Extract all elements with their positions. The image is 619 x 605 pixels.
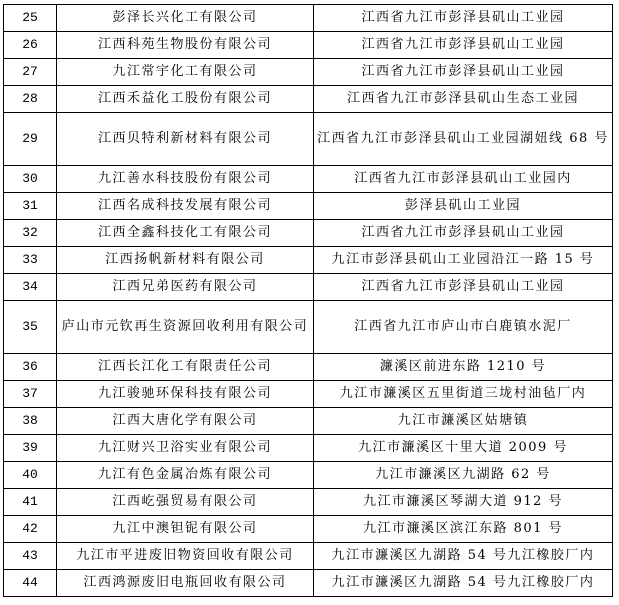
row-number: 35: [4, 301, 57, 354]
table-row: 28江西禾益化工股份有限公司江西省九江市彭泽县矶山生态工业园: [4, 86, 613, 113]
table-row: 42九江中澳钽铌有限公司九江市濂溪区滨江东路 801 号: [4, 516, 613, 543]
table-row: 43九江市平进废旧物资回收有限公司九江市濂溪区九湖路 54 号九江橡胶厂内: [4, 543, 613, 570]
company-name: 九江中澳钽铌有限公司: [57, 516, 314, 543]
row-number: 26: [4, 32, 57, 59]
company-address: 九江市濂溪区琴湖大道 912 号: [314, 489, 613, 516]
table-row: 40九江有色金属冶炼有限公司九江市濂溪区九湖路 62 号: [4, 462, 613, 489]
row-number: 30: [4, 166, 57, 193]
company-name: 九江常宇化工有限公司: [57, 59, 314, 86]
company-address: 江西省九江市彭泽县矶山工业园湖妞线 68 号: [314, 113, 613, 166]
row-number: 38: [4, 408, 57, 435]
company-name: 江西鸿源废旧电瓶回收有限公司: [57, 570, 314, 597]
company-name: 江西全鑫科技化工有限公司: [57, 220, 314, 247]
company-address: 江西省九江市彭泽县矶山生态工业园: [314, 86, 613, 113]
row-number: 36: [4, 354, 57, 381]
company-name: 庐山市元钦再生资源回收利用有限公司: [57, 301, 314, 354]
table-row: 35庐山市元钦再生资源回收利用有限公司江西省九江市庐山市白鹿镇水泥厂: [4, 301, 613, 354]
table-row: 39九江财兴卫浴实业有限公司九江市濂溪区十里大道 2009 号: [4, 435, 613, 462]
row-number: 44: [4, 570, 57, 597]
company-name: 江西兄弟医药有限公司: [57, 274, 314, 301]
company-name: 九江财兴卫浴实业有限公司: [57, 435, 314, 462]
row-number: 28: [4, 86, 57, 113]
table-row: 31江西名成科技发展有限公司彭泽县矶山工业园: [4, 193, 613, 220]
table-row: 25彭泽长兴化工有限公司江西省九江市彭泽县矶山工业园: [4, 5, 613, 32]
company-name: 江西扬帆新材料有限公司: [57, 247, 314, 274]
company-address: 九江市濂溪区姑塘镇: [314, 408, 613, 435]
company-address: 江西省九江市彭泽县矶山工业园: [314, 5, 613, 32]
row-number: 31: [4, 193, 57, 220]
company-address: 九江市濂溪区十里大道 2009 号: [314, 435, 613, 462]
company-name: 江西禾益化工股份有限公司: [57, 86, 314, 113]
table-row: 44江西鸿源废旧电瓶回收有限公司九江市濂溪区九湖路 54 号九江橡胶厂内: [4, 570, 613, 597]
company-address: 江西省九江市庐山市白鹿镇水泥厂: [314, 301, 613, 354]
company-table: 25彭泽长兴化工有限公司江西省九江市彭泽县矶山工业园 26江西科苑生物股份有限公…: [3, 4, 613, 597]
company-name: 江西屹强贸易有限公司: [57, 489, 314, 516]
row-number: 27: [4, 59, 57, 86]
table-row: 32江西全鑫科技化工有限公司江西省九江市彭泽县矶山工业园: [4, 220, 613, 247]
table-row: 41江西屹强贸易有限公司九江市濂溪区琴湖大道 912 号: [4, 489, 613, 516]
company-address: 江西省九江市彭泽县矶山工业园: [314, 274, 613, 301]
company-name: 江西名成科技发展有限公司: [57, 193, 314, 220]
row-number: 34: [4, 274, 57, 301]
table-row: 38江西大唐化学有限公司九江市濂溪区姑塘镇: [4, 408, 613, 435]
company-name: 江西科苑生物股份有限公司: [57, 32, 314, 59]
company-name: 江西贝特利新材料有限公司: [57, 113, 314, 166]
company-name: 九江市平进废旧物资回收有限公司: [57, 543, 314, 570]
company-address: 九江市濂溪区滨江东路 801 号: [314, 516, 613, 543]
company-name: 彭泽长兴化工有限公司: [57, 5, 314, 32]
row-number: 32: [4, 220, 57, 247]
company-address: 九江市濂溪区九湖路 54 号九江橡胶厂内: [314, 543, 613, 570]
row-number: 29: [4, 113, 57, 166]
table-row: 26江西科苑生物股份有限公司江西省九江市彭泽县矶山工业园: [4, 32, 613, 59]
row-number: 39: [4, 435, 57, 462]
table-row: 37九江骏驰环保科技有限公司九江市濂溪区五里街道三垅村油毡厂内: [4, 381, 613, 408]
company-address: 江西省九江市彭泽县矶山工业园内: [314, 166, 613, 193]
row-number: 41: [4, 489, 57, 516]
company-name: 江西大唐化学有限公司: [57, 408, 314, 435]
row-number: 33: [4, 247, 57, 274]
table-row: 34江西兄弟医药有限公司江西省九江市彭泽县矶山工业园: [4, 274, 613, 301]
company-address: 彭泽县矶山工业园: [314, 193, 613, 220]
company-address: 九江市濂溪区九湖路 54 号九江橡胶厂内: [314, 570, 613, 597]
company-name: 九江善水科技股份有限公司: [57, 166, 314, 193]
row-number: 43: [4, 543, 57, 570]
row-number: 42: [4, 516, 57, 543]
company-address: 九江市濂溪区五里街道三垅村油毡厂内: [314, 381, 613, 408]
company-address: 九江市濂溪区九湖路 62 号: [314, 462, 613, 489]
company-name: 九江有色金属冶炼有限公司: [57, 462, 314, 489]
company-name: 江西长江化工有限责任公司: [57, 354, 314, 381]
table-row: 27九江常宇化工有限公司江西省九江市彭泽县矶山工业园: [4, 59, 613, 86]
company-address: 濂溪区前进东路 1210 号: [314, 354, 613, 381]
row-number: 25: [4, 5, 57, 32]
row-number: 37: [4, 381, 57, 408]
table-row: 29江西贝特利新材料有限公司江西省九江市彭泽县矶山工业园湖妞线 68 号: [4, 113, 613, 166]
company-address: 江西省九江市彭泽县矶山工业园: [314, 59, 613, 86]
row-number: 40: [4, 462, 57, 489]
company-name: 九江骏驰环保科技有限公司: [57, 381, 314, 408]
table-row: 33江西扬帆新材料有限公司九江市彭泽县矶山工业园沿江一路 15 号: [4, 247, 613, 274]
table-row: 36江西长江化工有限责任公司濂溪区前进东路 1210 号: [4, 354, 613, 381]
table-row: 30九江善水科技股份有限公司江西省九江市彭泽县矶山工业园内: [4, 166, 613, 193]
company-address: 九江市彭泽县矶山工业园沿江一路 15 号: [314, 247, 613, 274]
company-address: 江西省九江市彭泽县矶山工业园: [314, 32, 613, 59]
company-address: 江西省九江市彭泽县矶山工业园: [314, 220, 613, 247]
